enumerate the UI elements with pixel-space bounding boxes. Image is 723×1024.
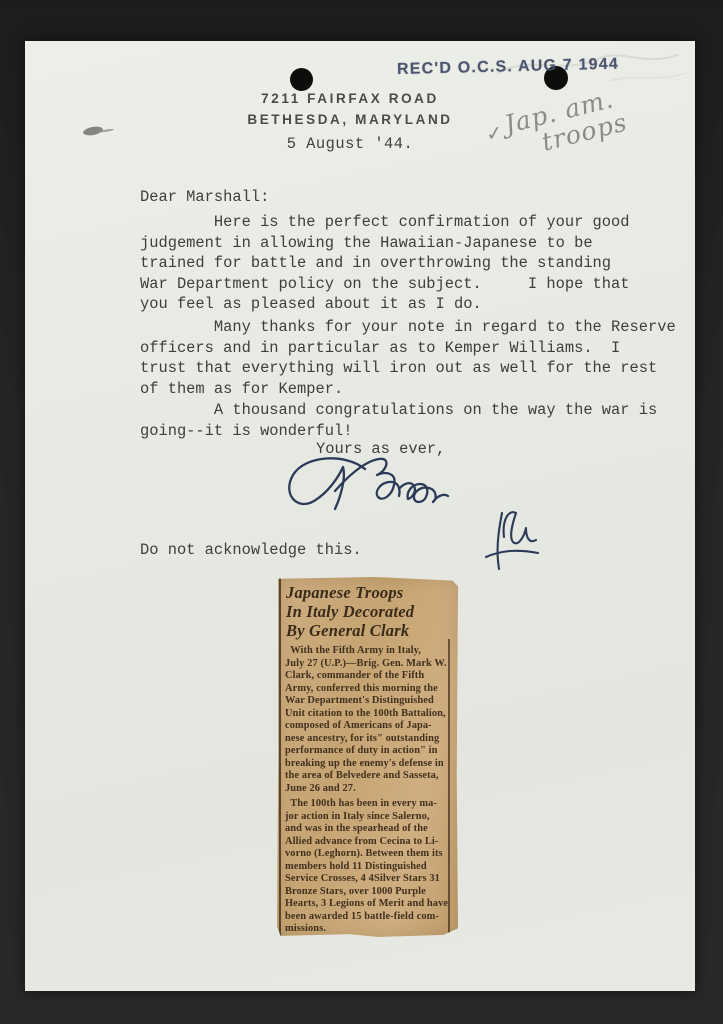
pencil-annotation: Jap. am.troops <box>502 84 630 163</box>
checkmark-pencil: ✓ <box>484 120 504 147</box>
clipping-column-rule <box>448 639 450 935</box>
letter-paragraph-1: Here is the perfect confirmation of your… <box>140 212 630 315</box>
scanned-document: REC'D O.C.S. AUG 7 1944 7211 FAIRFAX ROA… <box>0 0 723 1024</box>
postscript: Do not acknowledge this. <box>140 540 362 561</box>
letter-page: REC'D O.C.S. AUG 7 1944 7211 FAIRFAX ROA… <box>25 41 695 991</box>
clipping-left-edge-rule <box>279 577 281 937</box>
ink-notation-mark <box>472 493 544 577</box>
ink-smudge <box>82 125 103 136</box>
letterhead-address-line1: 7211 FAIRFAX ROAD <box>195 88 505 109</box>
letterhead: 7211 FAIRFAX ROAD BETHESDA, MARYLAND 5 A… <box>195 88 505 153</box>
newspaper-clipping: Japanese Troops In Italy Decorated By Ge… <box>277 577 458 937</box>
letter-date: 5 August '44. <box>195 135 505 153</box>
salutation: Dear Marshall: <box>140 187 269 208</box>
letter-paragraph-2: Many thanks for your note in regard to t… <box>140 317 676 399</box>
letterhead-address-line2: BETHESDA, MARYLAND <box>195 109 505 130</box>
clipping-headline: Japanese Troops In Italy Decorated By Ge… <box>286 583 451 641</box>
signature-herron <box>253 447 453 547</box>
clipping-paragraph-1: With the Fifth Army in Italy, July 27 (U… <box>285 645 445 796</box>
clipping-paragraph-2: The 100th has been in every ma- jor acti… <box>285 798 445 936</box>
letter-paragraph-3: A thousand congratulations on the way th… <box>140 400 657 441</box>
